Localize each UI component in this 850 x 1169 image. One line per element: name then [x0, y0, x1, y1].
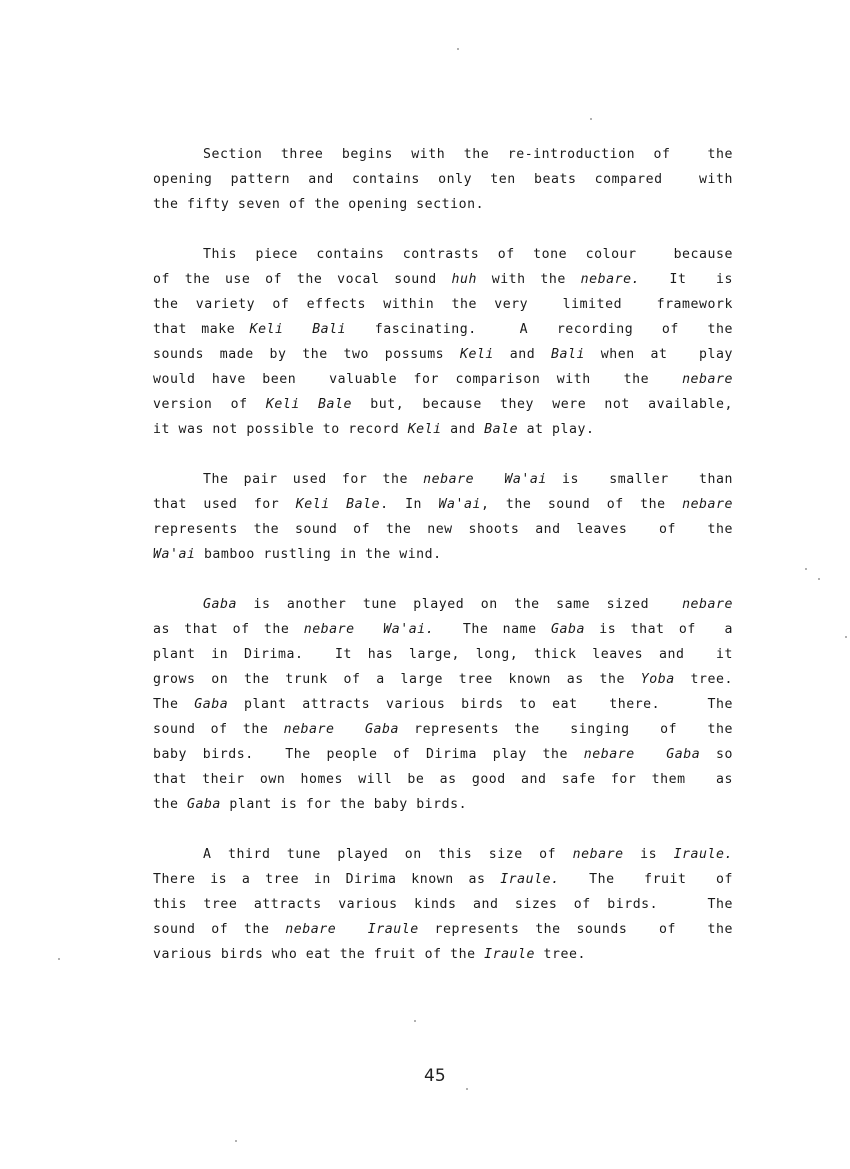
text-segment: but, because they were not available,: [352, 397, 733, 412]
text-segment: when at play: [585, 347, 733, 362]
body-text: Section three begins with the re-introdu…: [153, 145, 733, 995]
text-segment: and: [494, 347, 551, 362]
text-line: represents the sound of the new shoots a…: [153, 520, 733, 545]
text-line: The Gaba plant attracts various birds to…: [153, 695, 733, 720]
scan-speck: [235, 1140, 237, 1142]
scan-speck: [58, 958, 60, 960]
paragraph: This piece contains contrasts of tone co…: [153, 245, 733, 445]
text-segment: sound of the: [153, 922, 285, 937]
text-segment: and: [442, 422, 484, 437]
paragraph: The pair used for the nebare Wa'ai is sm…: [153, 470, 733, 570]
text-segment: baby birds. The people of Dirima play th…: [153, 747, 584, 762]
text-line: plant in Dirima. It has large, long, thi…: [153, 645, 733, 670]
text-segment: tree.: [675, 672, 733, 687]
text-segment: It is: [640, 272, 733, 287]
italic-term: nebare: [682, 372, 733, 387]
italic-term: Iraule.: [500, 872, 559, 887]
paragraph: Gaba is another tune played on the same …: [153, 595, 733, 820]
text-segment: this tree attracts various kinds and siz…: [153, 897, 733, 912]
text-segment: plant attracts various birds to eat ther…: [228, 697, 733, 712]
text-segment: that their own homes will be as good and…: [153, 772, 733, 787]
text-line: sound of the nebare Iraule represents th…: [153, 920, 733, 945]
text-line: that make Keli Bali fascinating. A recor…: [153, 320, 733, 345]
text-line: the fifty seven of the opening section.: [153, 195, 733, 220]
text-segment: the: [153, 797, 187, 812]
text-segment: that used for: [153, 497, 296, 512]
text-segment: various birds who eat the fruit of the: [153, 947, 484, 962]
text-line: that their own homes will be as good and…: [153, 770, 733, 795]
text-segment: of the use of the vocal sound: [153, 272, 451, 287]
text-line: sound of the nebare Gaba represents the …: [153, 720, 733, 745]
text-segment: bamboo rustling in the wind.: [195, 547, 441, 562]
text-segment: is: [624, 847, 674, 862]
text-line: it was not possible to record Keli and B…: [153, 420, 733, 445]
text-segment: would have been valuable for comparison …: [153, 372, 682, 387]
text-line: opening pattern and contains only ten be…: [153, 170, 733, 195]
text-segment: is smaller than: [547, 472, 733, 487]
scan-speck: [457, 48, 459, 50]
italic-term: Wa'ai: [153, 547, 195, 562]
italic-term: Keli Bale: [266, 397, 352, 412]
text-segment: plant is for the baby birds.: [221, 797, 467, 812]
text-segment: as that of the: [153, 622, 304, 637]
italic-term: nebare Gaba: [284, 722, 399, 737]
italic-term: Gaba: [551, 622, 585, 637]
italic-term: Iraule: [484, 947, 535, 962]
text-segment: it was not possible to record: [153, 422, 408, 437]
italic-term: huh: [451, 272, 476, 287]
text-line: various birds who eat the fruit of the I…: [153, 945, 733, 970]
italic-term: Keli: [408, 422, 442, 437]
text-segment: The fruit of: [560, 872, 733, 887]
text-segment: fascinating. A recording of the: [346, 322, 733, 337]
text-segment: tree.: [535, 947, 586, 962]
text-line: This piece contains contrasts of tone co…: [153, 245, 733, 270]
text-line: Gaba is another tune played on the same …: [153, 595, 733, 620]
text-segment: The pair used for the: [203, 472, 423, 487]
italic-term: Keli Bali: [250, 322, 347, 337]
text-segment: is that of a: [585, 622, 733, 637]
text-segment: A third tune played on this size of: [203, 847, 573, 862]
italic-term: Gaba: [187, 797, 221, 812]
page-number: 45: [424, 1066, 446, 1086]
italic-term: Gaba: [203, 597, 237, 612]
document-page: Section three begins with the re-introdu…: [0, 0, 850, 1169]
text-segment: grows on the trunk of a large tree known…: [153, 672, 641, 687]
text-segment: the fifty seven of the opening section.: [153, 197, 484, 212]
italic-term: nebare Iraule: [285, 922, 418, 937]
text-line: as that of the nebare Wa'ai. The name Ga…: [153, 620, 733, 645]
text-segment: The name: [434, 622, 551, 637]
text-segment: Section three begins with the re-introdu…: [203, 147, 733, 162]
text-segment: is another tune played on the same sized: [237, 597, 682, 612]
italic-term: Bale: [484, 422, 518, 437]
italic-term: nebare: [682, 597, 733, 612]
italic-term: Yoba: [641, 672, 675, 687]
italic-term: Gaba: [194, 697, 228, 712]
text-segment: at play.: [518, 422, 594, 437]
scan-speck: [805, 568, 807, 570]
text-segment: so: [700, 747, 733, 762]
text-line: baby birds. The people of Dirima play th…: [153, 745, 733, 770]
scan-speck: [466, 1088, 468, 1090]
text-segment: represents the sound of the new shoots a…: [153, 522, 733, 537]
italic-term: Wa'ai: [439, 497, 481, 512]
text-line: of the use of the vocal sound huh with t…: [153, 270, 733, 295]
scan-speck: [414, 1020, 416, 1022]
text-line: this tree attracts various kinds and siz…: [153, 895, 733, 920]
text-segment: represents the sounds of the: [419, 922, 733, 937]
italic-term: nebare Gaba: [584, 747, 700, 762]
italic-term: nebare Wa'ai: [423, 472, 547, 487]
scan-speck: [845, 636, 847, 638]
text-line: Section three begins with the re-introdu…: [153, 145, 733, 170]
italic-term: Bali: [551, 347, 585, 362]
text-line: sounds made by the two possums Keli and …: [153, 345, 733, 370]
italic-term: nebare.: [581, 272, 640, 287]
text-line: There is a tree in Dirima known as Iraul…: [153, 870, 733, 895]
text-segment: the variety of effects within the very l…: [153, 297, 733, 312]
paragraph: Section three begins with the re-introdu…: [153, 145, 733, 220]
text-line: The pair used for the nebare Wa'ai is sm…: [153, 470, 733, 495]
text-segment: . In: [380, 497, 438, 512]
text-line: would have been valuable for comparison …: [153, 370, 733, 395]
italic-term: nebare: [573, 847, 624, 862]
text-line: that used for Keli Bale. In Wa'ai, the s…: [153, 495, 733, 520]
italic-term: nebare: [682, 497, 733, 512]
text-line: the Gaba plant is for the baby birds.: [153, 795, 733, 820]
italic-term: nebare Wa'ai.: [304, 622, 435, 637]
italic-term: Keli: [460, 347, 494, 362]
paragraph: A third tune played on this size of neba…: [153, 845, 733, 970]
text-segment: plant in Dirima. It has large, long, thi…: [153, 647, 733, 662]
scan-speck: [818, 578, 820, 580]
text-segment: opening pattern and contains only ten be…: [153, 172, 733, 187]
italic-term: Keli Bale: [296, 497, 380, 512]
text-segment: There is a tree in Dirima known as: [153, 872, 500, 887]
text-segment: that make: [153, 322, 250, 337]
text-line: grows on the trunk of a large tree known…: [153, 670, 733, 695]
scan-speck: [590, 118, 592, 120]
text-segment: represents the singing of the: [399, 722, 733, 737]
text-line: version of Keli Bale but, because they w…: [153, 395, 733, 420]
text-segment: , the sound of the: [481, 497, 682, 512]
text-line: A third tune played on this size of neba…: [153, 845, 733, 870]
text-segment: The: [153, 697, 194, 712]
text-segment: sounds made by the two possums: [153, 347, 460, 362]
italic-term: Iraule.: [674, 847, 733, 862]
text-segment: sound of the: [153, 722, 284, 737]
text-line: the variety of effects within the very l…: [153, 295, 733, 320]
text-segment: version of: [153, 397, 266, 412]
text-line: Wa'ai bamboo rustling in the wind.: [153, 545, 733, 570]
text-segment: with the: [477, 272, 581, 287]
text-segment: This piece contains contrasts of tone co…: [203, 247, 733, 262]
